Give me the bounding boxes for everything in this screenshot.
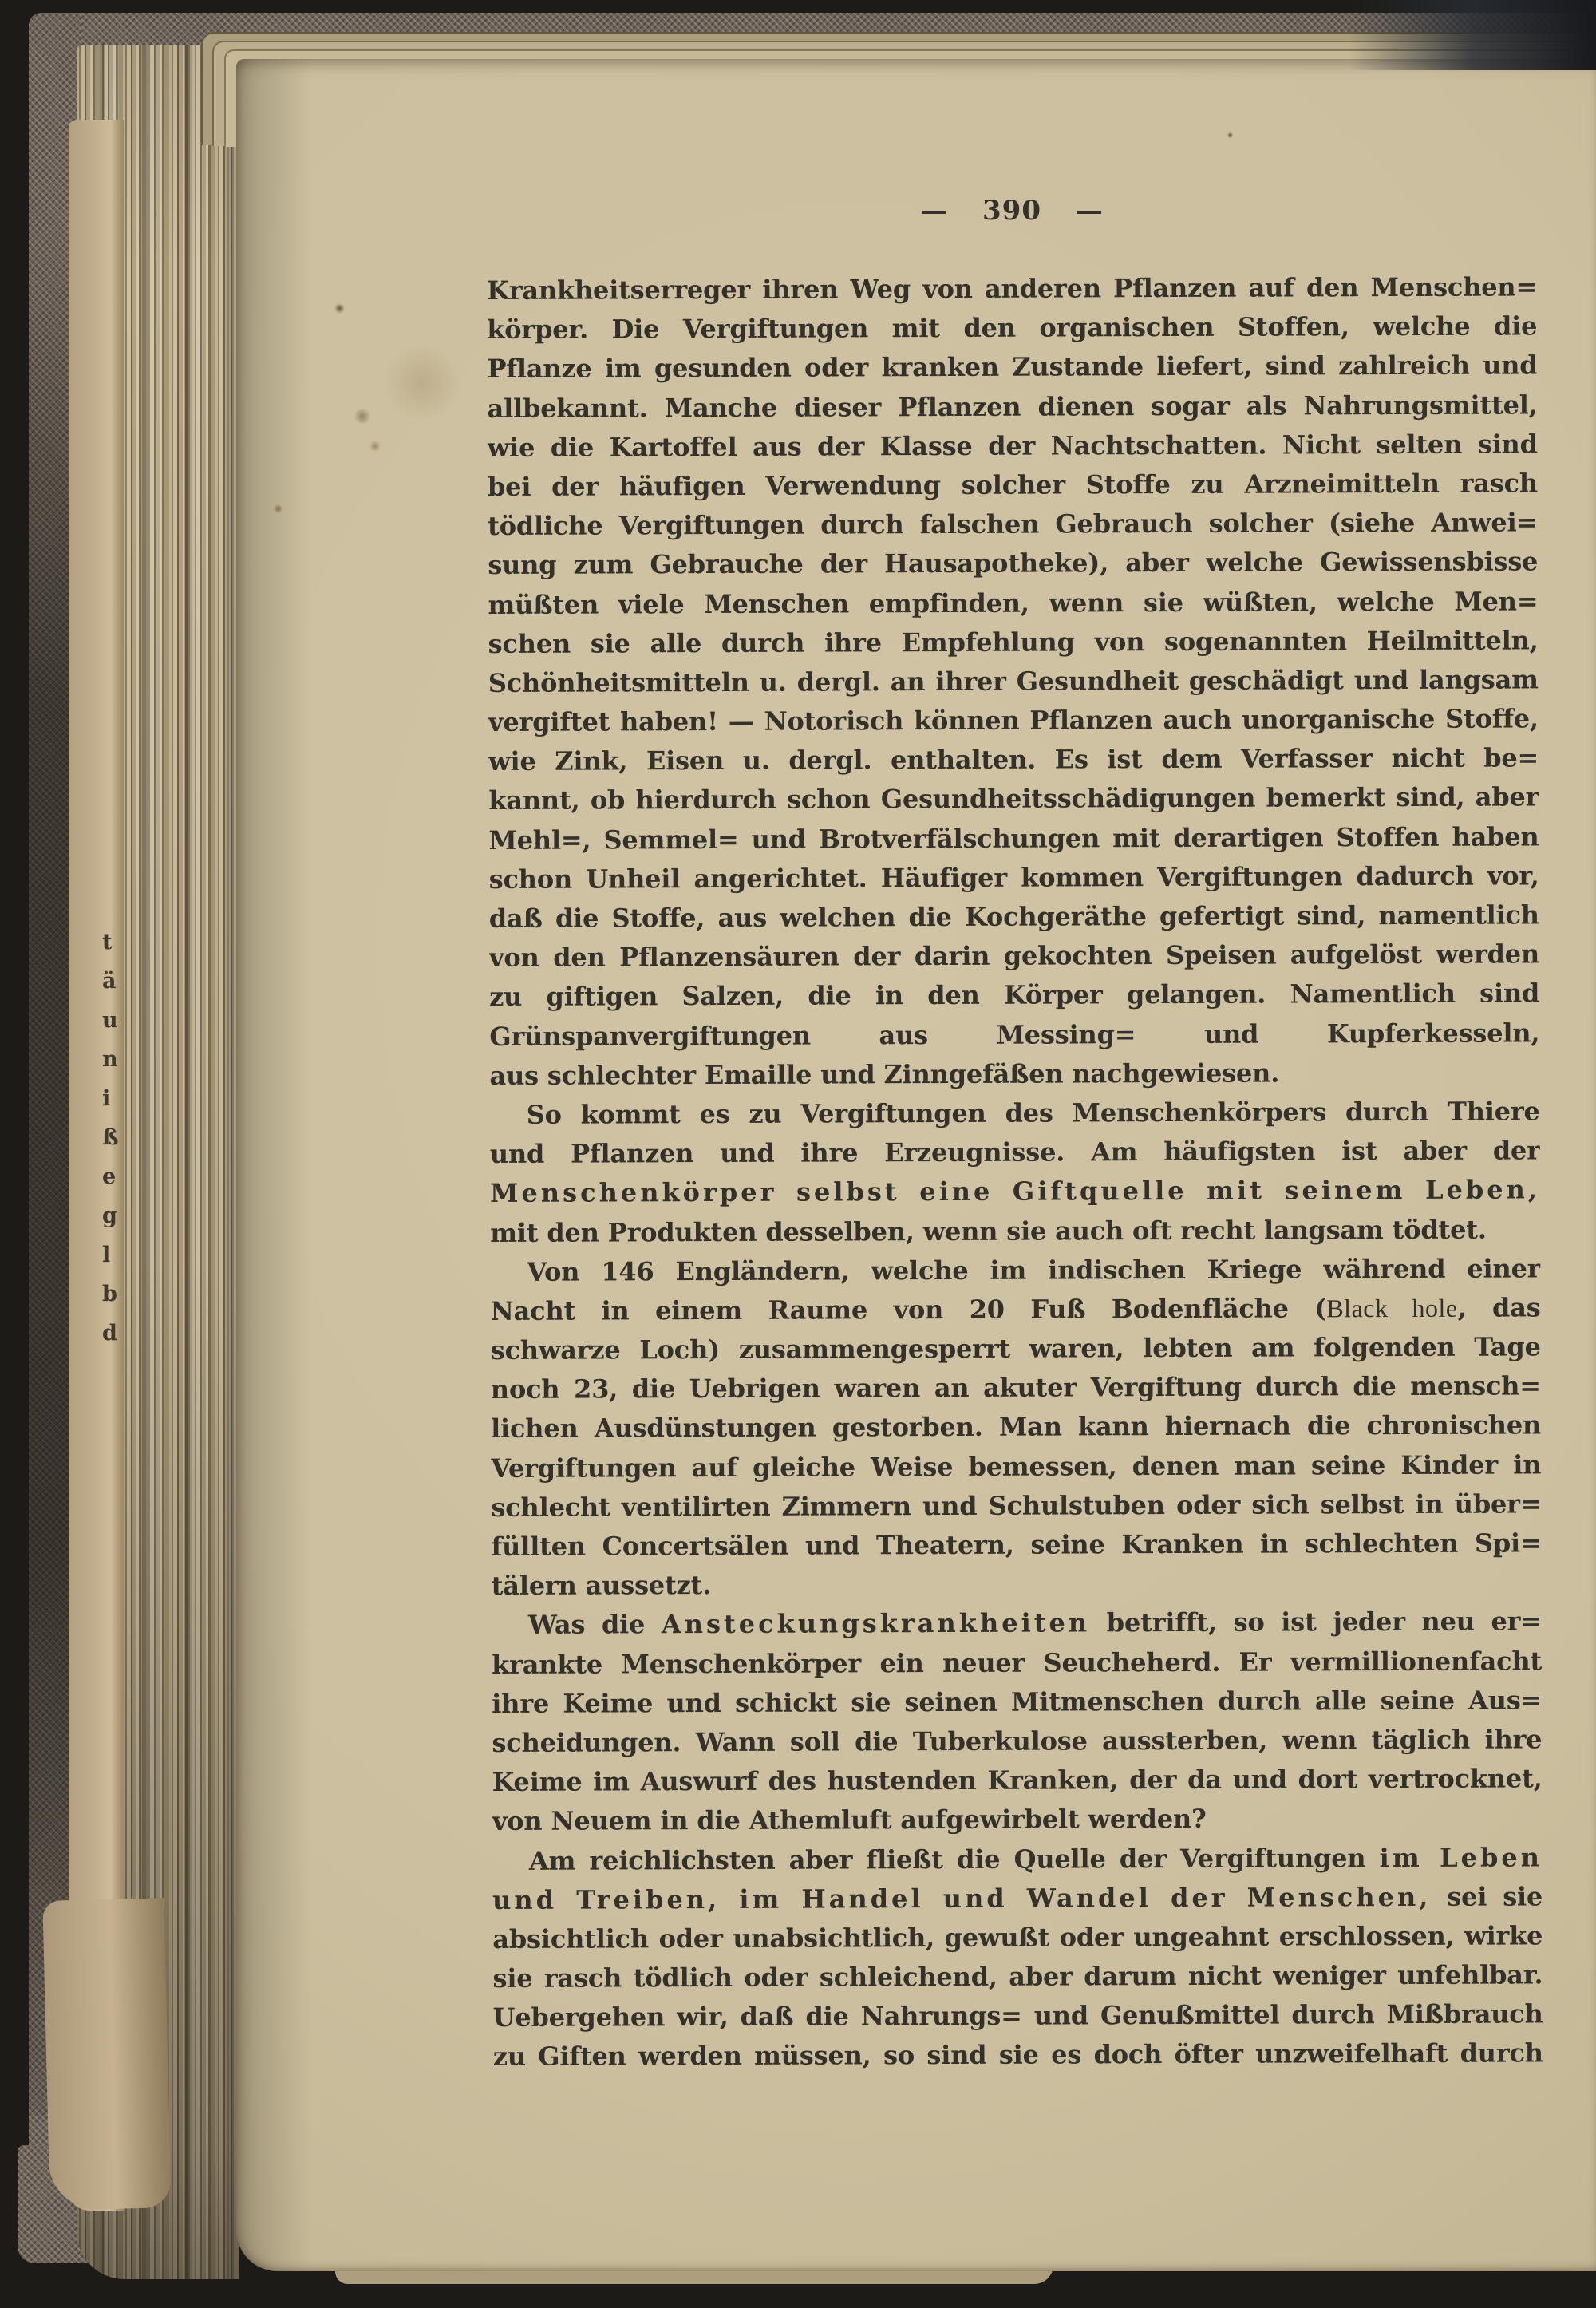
top-right-shadow — [1349, 0, 1596, 70]
fraktur-text: allbekannt. Manche dieser Pflanzen diene… — [488, 389, 1538, 424]
text-line: Grünspanvergiftungen aus Messing= und Ku… — [489, 1014, 1539, 1057]
fraktur-text: aus schlechter Emaille und Zinngefäßen n… — [489, 1057, 1279, 1090]
fraktur-text: wie die Kartoffel aus der Klasse der Nac… — [488, 429, 1538, 463]
fraktur-text: von Neuem in die Athemluft aufgewirbelt … — [492, 1804, 1207, 1836]
fraktur-text: füllten Concertsälen und Theatern, seine… — [492, 1527, 1542, 1562]
fraktur-text: scheidungen. Wann soll die Tuberkulose a… — [492, 1724, 1542, 1758]
fraktur-text: Am reichlichsten aber fließt die Quelle … — [529, 1843, 1380, 1876]
clipped-letter: n — [102, 1043, 123, 1082]
text-line: sung zum Gebrauche der Hausapotheke), ab… — [488, 543, 1538, 586]
page-number: — 390 — — [487, 195, 1537, 227]
text-line: absichtlich oder unabsichtlich, gewußt o… — [492, 1916, 1543, 1959]
fraktur-text: schon Unheil angerichtet. Häufiger komme… — [489, 860, 1539, 895]
foxing-stain — [1227, 132, 1233, 138]
text-line: aus schlechter Emaille und Zinngefäßen n… — [489, 1053, 1539, 1096]
fraktur-text: absichtlich oder unabsichtlich, gewußt o… — [492, 1920, 1543, 1954]
text-line: ihre Keime und schickt sie seinen Mitmen… — [492, 1681, 1542, 1724]
fraktur-text: lichen Ausdünstungen gestorben. Man kann… — [491, 1410, 1541, 1444]
text-line: allbekannt. Manche dieser Pflanzen diene… — [488, 385, 1538, 429]
text-block: Krankheitserreger ihren Weg von anderen … — [487, 267, 1543, 2077]
text-line: Schönheitsmitteln u. dergl. an ihrer Ges… — [488, 660, 1539, 703]
fraktur-text: Mehl=, Semmel= und Brotverfälschungen mi… — [488, 821, 1539, 856]
fraktur-text: von den Pflanzensäuren der darin gekocht… — [489, 939, 1539, 974]
fraktur-text: Keime im Auswurf des hustenden Kranken, … — [492, 1764, 1543, 1798]
fraktur-text: schwarze Loch) zusammengesperrt waren, l… — [491, 1331, 1541, 1365]
text-line: kannt, ob hierdurch schon Gesundheitssch… — [488, 778, 1539, 821]
fraktur-text: krankte Menschenkörper ein neuer Seucheh… — [492, 1646, 1542, 1680]
fraktur-text: Nacht in einem Raume von 20 Fuß Bodenflä… — [490, 1293, 1326, 1326]
fraktur-text: tödliche Vergiftungen durch falschen Geb… — [488, 508, 1538, 542]
fraktur-text: Was die — [528, 1610, 662, 1641]
clipped-letter: i — [102, 1082, 123, 1121]
clipped-text-fragments: täunißeglbd — [102, 926, 123, 1356]
clipped-letter: b — [102, 1278, 123, 1317]
fraktur-text: Vergiftungen auf gleiche Weise bemessen,… — [491, 1449, 1541, 1484]
text-line: lichen Ausdünstungen gestorben. Man kann… — [491, 1406, 1541, 1449]
fraktur-text: bei der häufigen Verwendung solcher Stof… — [488, 468, 1538, 502]
gutter-shadow — [236, 59, 312, 2271]
text-line: müßten viele Menschen empfinden, wenn si… — [488, 582, 1538, 625]
letterspaced-text: Ansteckungskrankheiten — [662, 1608, 1090, 1640]
fraktur-text: Schönheitsmitteln u. dergl. an ihrer Ges… — [488, 664, 1539, 698]
fraktur-text: sung zum Gebrauche der Hausapotheke), ab… — [488, 547, 1538, 581]
fraktur-text: körper. Die Vergiftungen mit den organis… — [487, 311, 1537, 346]
text-line: Von 146 Engländern, welche im indischen … — [490, 1249, 1540, 1292]
clipped-letter: t — [102, 926, 123, 965]
fraktur-text: zu Giften werden müssen, so sind sie es … — [493, 2038, 1543, 2073]
text-line: sie rasch tödlich oder schleichend, aber… — [492, 1955, 1543, 1998]
foxing-stain — [273, 504, 283, 513]
text-line: Pflanze im gesunden oder kranken Zustand… — [487, 346, 1537, 389]
antiqua-text: Black hole — [1326, 1294, 1457, 1323]
text-line: und Treiben, im Handel und Wandel der Me… — [492, 1877, 1543, 1920]
text-line: schon Unheil angerichtet. Häufiger komme… — [489, 856, 1539, 899]
fraktur-text: zu giftigen Salzen, die in den Körper ge… — [489, 978, 1539, 1013]
letterspaced-text: und Treiben, im Handel und Wandel der Me… — [492, 1882, 1431, 1915]
fraktur-text: Grünspanvergiftungen aus Messing= und Ku… — [489, 1018, 1539, 1057]
text-line: Vergiftungen auf gleiche Weise bemessen,… — [491, 1445, 1541, 1488]
text-line: zu giftigen Salzen, die in den Körper ge… — [489, 974, 1539, 1018]
fraktur-text: sie rasch tödlich oder schleichend, aber… — [492, 1959, 1543, 1994]
fraktur-text: daß die Stoffe, aus welchen die Kochgerä… — [489, 899, 1539, 934]
fraktur-text: So kommt es zu Vergiftungen des Menschen… — [527, 1096, 1540, 1129]
fraktur-text: Krankheitserreger ihren Weg von anderen … — [487, 271, 1537, 306]
clipped-letter: ä — [102, 965, 123, 1004]
fraktur-text: wie Zink, Eisen u. dergl. enthalten. Es … — [488, 743, 1539, 777]
clipped-letter: u — [102, 1004, 123, 1043]
text-line: scheidungen. Wann soll die Tuberkulose a… — [492, 1720, 1542, 1763]
fraktur-text: schen sie alle durch ihre Empfehlung von… — [488, 625, 1539, 659]
clipped-letter: l — [102, 1239, 123, 1278]
text-line: von Neuem in die Athemluft aufgewirbelt … — [492, 1799, 1543, 1842]
text-line: Uebergehen wir, daß die Nahrungs= und Ge… — [493, 1995, 1543, 2038]
foxing-stain — [378, 346, 466, 418]
text-line: und Pflanzen und ihre Erzeugnisse. Am hä… — [490, 1132, 1540, 1175]
text-line: Krankheitserreger ihren Weg von anderen … — [487, 267, 1537, 310]
letterspaced-text: im Leben — [1380, 1842, 1543, 1873]
clipped-letter: ß — [102, 1121, 123, 1160]
text-line: mit den Produkten desselben, wenn sie au… — [490, 1210, 1540, 1253]
text-line: von den Pflanzensäuren der darin gekocht… — [489, 935, 1539, 978]
text-line: schen sie alle durch ihre Empfehlung von… — [488, 621, 1539, 664]
foxing-stain — [369, 441, 381, 452]
fraktur-text: schlecht ventilirten Zimmern und Schulst… — [491, 1488, 1541, 1523]
text-line: zu Giften werden müssen, so sind sie es … — [493, 2034, 1543, 2077]
text-line: So kommt es zu Vergiftungen des Menschen… — [490, 1092, 1540, 1135]
text-line: wie Zink, Eisen u. dergl. enthalten. Es … — [488, 739, 1539, 782]
fraktur-text: Uebergehen wir, daß die Nahrungs= und Ge… — [493, 1999, 1543, 2033]
text-line: Mehl=, Semmel= und Brotverfälschungen mi… — [488, 817, 1539, 860]
text-line: tälern aussetzt. — [492, 1563, 1542, 1607]
fraktur-text: Pflanze im gesunden oder kranken Zustand… — [487, 350, 1537, 385]
fraktur-text: tälern aussetzt. — [492, 1570, 712, 1601]
fraktur-text: sei sie — [1431, 1881, 1543, 1911]
clipped-letter: e — [102, 1160, 123, 1199]
text-line: Keime im Auswurf des hustenden Kranken, … — [492, 1760, 1543, 1803]
fraktur-text: betrifft, so ist jeder neu er= — [1090, 1607, 1542, 1638]
text-line: füllten Concertsälen und Theatern, seine… — [491, 1524, 1541, 1567]
text-line: noch 23, die Uebrigen waren an akuter Ve… — [491, 1367, 1541, 1410]
book-photo: { "page": { "header": "— 390 —", "number… — [0, 0, 1596, 2308]
text-line: schlecht ventilirten Zimmern und Schulst… — [491, 1484, 1541, 1527]
fraktur-text: vergiftet haben! — Notorisch können Pfla… — [488, 703, 1539, 737]
fraktur-text: Von 146 Engländern, welche im indischen … — [527, 1253, 1540, 1286]
fraktur-text: noch 23, die Uebrigen waren an akuter Ve… — [491, 1371, 1541, 1405]
text-line: Am reichlichsten aber fließt die Quelle … — [492, 1838, 1543, 1881]
text-line: daß die Stoffe, aus welchen die Kochgerä… — [489, 895, 1539, 939]
fraktur-text: und Pflanzen und ihre Erzeugnisse. Am hä… — [490, 1136, 1540, 1170]
fraktur-text: ihre Keime und schickt sie seinen Mitmen… — [492, 1685, 1542, 1719]
text-line: Was die Ansteckungskrankheiten betrifft,… — [492, 1603, 1542, 1646]
text-line: schwarze Loch) zusammengesperrt waren, l… — [491, 1327, 1541, 1370]
letterspaced-text: Menschenkörper selbst eine Giftquelle mi… — [490, 1175, 1540, 1209]
text-line: wie die Kartoffel aus der Klasse der Nac… — [488, 425, 1538, 468]
foxing-stain — [334, 303, 345, 314]
text-line: Nacht in einem Raume von 20 Fuß Bodenflä… — [490, 1288, 1540, 1331]
text-line: bei der häufigen Verwendung solcher Stof… — [488, 464, 1538, 507]
text-line: vergiftet haben! — Notorisch können Pfla… — [488, 699, 1539, 742]
foxing-stain — [353, 409, 372, 424]
clipped-letter: g — [102, 1199, 123, 1239]
text-line: krankte Menschenkörper ein neuer Seucheh… — [492, 1642, 1542, 1685]
fraktur-text: , das — [1458, 1292, 1541, 1322]
bottom-page-wedge — [42, 1898, 171, 2211]
fraktur-text: mit den Produkten desselben, wenn sie au… — [490, 1214, 1487, 1247]
fraktur-text: müßten viele Menschen empfinden, wenn si… — [488, 586, 1538, 620]
text-line: Menschenkörper selbst eine Giftquelle mi… — [490, 1171, 1540, 1214]
book-page: — 390 — Krankheitserreger ihren Weg von … — [236, 59, 1596, 2271]
previous-page-sliver: täunißeglbd — [69, 120, 124, 2211]
text-line: tödliche Vergiftungen durch falschen Geb… — [488, 504, 1538, 547]
clipped-letter: d — [102, 1317, 123, 1356]
text-line: körper. Die Vergiftungen mit den organis… — [487, 307, 1537, 350]
fraktur-text: kannt, ob hierdurch schon Gesundheitssch… — [488, 782, 1539, 816]
